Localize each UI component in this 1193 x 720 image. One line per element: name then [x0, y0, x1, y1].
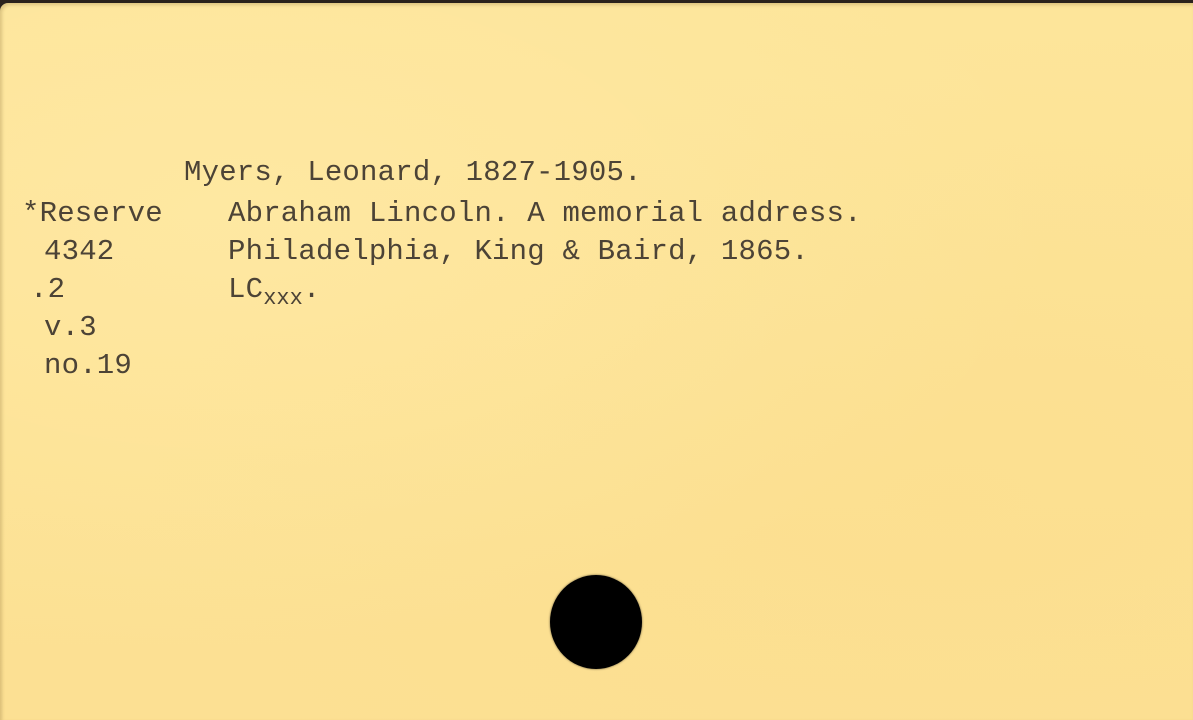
lc-prefix: LC: [228, 273, 263, 306]
lc-subscript: xxx: [263, 286, 303, 311]
lc-note: LCxxx.: [228, 275, 320, 304]
call-number-cutter: .2: [30, 275, 65, 304]
lc-suffix: .: [303, 273, 321, 306]
call-number-reserve: *Reserve: [22, 199, 163, 228]
title-statement: Abraham Lincoln. A memorial address.: [228, 199, 862, 228]
author-heading: Myers, Leonard, 1827-1905.: [184, 158, 642, 187]
call-number-volume: v.3: [44, 313, 97, 342]
call-number-class: 4342: [44, 237, 114, 266]
punch-hole: [550, 575, 642, 669]
call-number-issue: no.19: [44, 351, 132, 380]
imprint-statement: Philadelphia, King & Baird, 1865.: [228, 237, 809, 266]
catalog-card: Myers, Leonard, 1827-1905. *Reserve 4342…: [0, 3, 1193, 720]
